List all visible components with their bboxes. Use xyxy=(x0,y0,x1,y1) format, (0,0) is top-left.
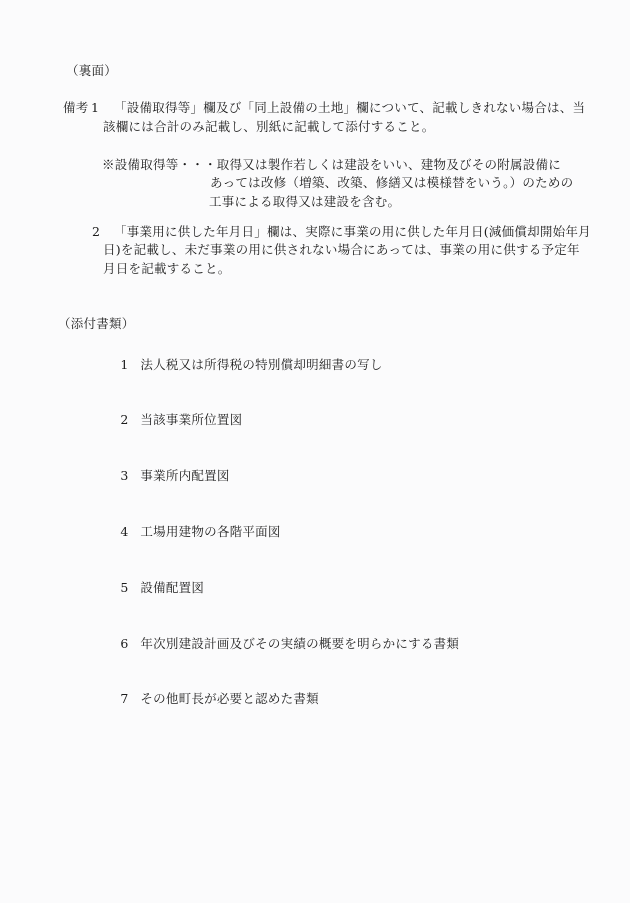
attachment-item-label: 工場用建物の各階平面図 xyxy=(140,524,280,539)
attachment-item-number: 7 xyxy=(120,690,140,709)
attachment-item-number: 5 xyxy=(120,579,140,598)
attachment-list-item: 4工場用建物の各階平面図 xyxy=(95,504,459,560)
remark-annotation-line-1: ※設備取得等・・・取得又は製作若しくは建設をいい、建物及びその附属設備に xyxy=(102,158,561,172)
remark-annotation-line-2: あっては改修（増築、改築、修繕又は模様替をいう。）のための xyxy=(210,176,573,190)
attachment-item-number: 1 xyxy=(120,356,140,375)
remarks-section-label: 備考 xyxy=(63,101,89,115)
attachment-list-item: 7その他町長が必要と認めた書類 xyxy=(95,672,459,728)
attachments-list: 1法人税又は所得税の特別償却明細書の写し 2当該事業所位置図 3事業所内配置図 … xyxy=(95,337,459,727)
attachment-item-number: 6 xyxy=(120,635,140,654)
attachment-item-number: 4 xyxy=(120,523,140,542)
attachment-item-label: 法人税又は所得税の特別償却明細書の写し xyxy=(140,357,382,372)
remark-1-number: 1 xyxy=(91,101,99,115)
page-side-label: （裏面） xyxy=(66,64,117,78)
attachments-section-header: （添付書類） xyxy=(58,317,135,331)
remark-2-line-3: 月日を記載すること。 xyxy=(103,262,231,276)
attachment-item-label: その他町長が必要と認めた書類 xyxy=(140,691,319,706)
attachment-item-label: 設備配置図 xyxy=(140,580,204,595)
remark-1-line-2: 該欄には合計のみ記載し、別紙に記載して添付すること。 xyxy=(103,120,435,134)
attachment-item-label: 当該事業所位置図 xyxy=(140,412,242,427)
attachment-list-item: 3事業所内配置図 xyxy=(95,449,459,505)
remark-2-line-2: 日)を記載し、未だ事業の用に供されない場合にあっては、事業の用に供する予定年 xyxy=(103,243,580,257)
attachment-list-item: 6年次別建設計画及びその実績の概要を明らかにする書類 xyxy=(95,616,459,672)
remark-annotation-line-3: 工事による取得又は建設を含む。 xyxy=(209,195,400,209)
remark-1-line-1: 「設備取得等」欄及び「同上設備の土地」欄について、記載しきれない場合は、当 xyxy=(114,101,585,115)
attachment-list-item: 2当該事業所位置図 xyxy=(95,393,459,449)
attachment-list-item: 1法人税又は所得税の特別償却明細書の写し xyxy=(95,337,459,393)
attachment-list-item: 5設備配置図 xyxy=(95,560,459,616)
document-page: （裏面） 備考 1 「設備取得等」欄及び「同上設備の土地」欄について、記載しきれ… xyxy=(0,0,630,903)
attachment-item-label: 事業所内配置図 xyxy=(140,468,229,483)
remark-2-line-1: 「事業用に供した年月日」欄は、実際に事業の用に供した年月日(減価償却開始年月 xyxy=(114,225,591,239)
attachment-item-number: 2 xyxy=(120,411,140,430)
attachment-item-number: 3 xyxy=(120,467,140,486)
attachment-item-label: 年次別建設計画及びその実績の概要を明らかにする書類 xyxy=(140,636,459,651)
remark-2-number: 2 xyxy=(92,225,100,239)
